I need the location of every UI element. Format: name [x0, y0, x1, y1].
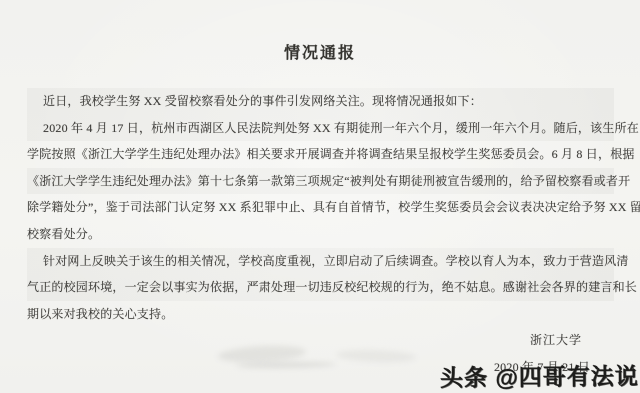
paragraph-3-line-1: 针对网上反映关于该生的相关情况，学校高度重视，立即启动了后续调查。学校以育人为本… — [27, 248, 614, 275]
toutiao-watermark: 头条 @四哥有法说 — [440, 358, 639, 393]
paragraph-2-line-1: 2020 年 4 月 17 日，杭州市西湖区人民法院判处努 XX 有期徒刑一年六… — [27, 115, 614, 142]
paragraph-1-line-1: 近日，我校学生努 XX 受留校察看处分的事件引发网络关注。现将情况通报如下： — [27, 88, 614, 115]
paragraph-2-line-3: 《浙江大学学生违纪处理办法》第十七条第一款第三项规定“被判处有期徒刑被宣告缓刑的… — [27, 168, 614, 195]
notice-title: 情况通报 — [0, 0, 640, 63]
paragraph-2-line-4: 除学籍处分”，鉴于司法部门认定努 XX 系犯罪中止、具有自首情节，校学生奖惩委员… — [27, 194, 614, 221]
signature: 浙江大学 — [27, 327, 614, 354]
notice-document: 情况通报 近日，我校学生努 XX 受留校察看处分的事件引发网络关注。现将情况通报… — [0, 0, 640, 393]
paragraph-2-line-2: 学院按照《浙江大学学生违纪处理办法》相关要求开展调查并将调查结果呈报校学生奖惩委… — [27, 141, 614, 168]
notice-body: 近日，我校学生努 XX 受留校察看处分的事件引发网络关注。现将情况通报如下： 2… — [0, 88, 640, 381]
paragraph-2-line-5: 校察看处分。 — [27, 221, 614, 248]
paragraph-3-line-2: 气正的校园环境，一定会以事实为依据，严肃处理一切违反校纪校规的行为，绝不姑息。感… — [27, 274, 614, 301]
paragraph-3-line-3: 期以来对我校的关心支持。 — [27, 301, 614, 328]
